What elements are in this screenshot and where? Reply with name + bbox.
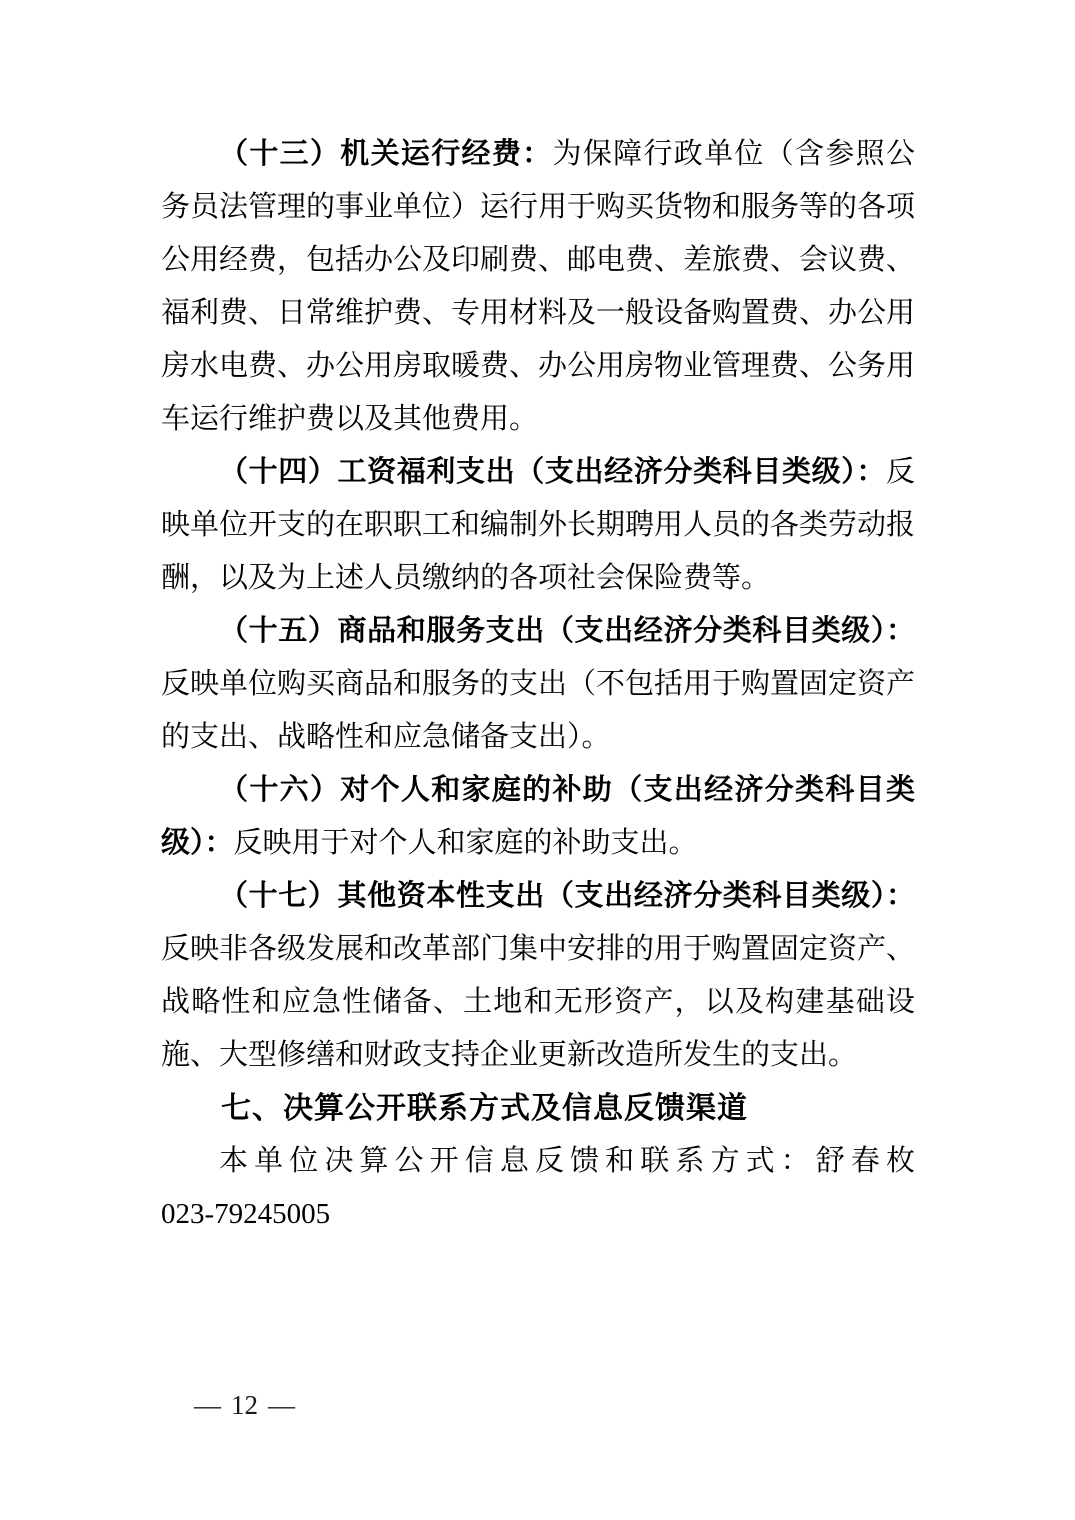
document-page: （十三）机关运行经费：为保障行政单位（含参照公务员法管理的事业单位）运行用于购买… bbox=[0, 0, 1075, 1520]
paragraph-item-15: （十五）商品和服务支出（支出经济分类科目类级）：反映单位购买商品和服务的支出（不… bbox=[161, 605, 915, 764]
page-number: —12— bbox=[184, 1388, 305, 1422]
document-body: （十三）机关运行经费：为保障行政单位（含参照公务员法管理的事业单位）运行用于购买… bbox=[161, 128, 915, 1241]
paragraph-17-body: 反映非各级发展和改革部门集中安排的用于购置固定资产、战略性和应急性储备、土地和无… bbox=[161, 933, 915, 1071]
paragraph-13-body: 为保障行政单位（含参照公务员法管理的事业单位）运行用于购买货物和服务等的各项公用… bbox=[161, 138, 915, 435]
paragraph-17-lead: （十七）其他资本性支出（支出经济分类科目类级）： bbox=[219, 880, 915, 912]
footer-left-dash: — bbox=[194, 1388, 221, 1422]
contact-phone: 023-79245005 bbox=[161, 1188, 915, 1241]
paragraph-13-lead: （十三）机关运行经费： bbox=[219, 138, 553, 170]
page-number-value: 12 bbox=[231, 1390, 258, 1420]
paragraph-item-16: （十六）对个人和家庭的补助（支出经济分类科目类级）：反映用于对个人和家庭的补助支… bbox=[161, 764, 915, 870]
paragraph-14-lead: （十四）工资福利支出（支出经济分类科目类级）： bbox=[219, 456, 886, 488]
contact-info-line: 本单位决算公开信息反馈和联系方式：舒春枚 bbox=[161, 1135, 915, 1188]
section-heading-7: 七、决算公开联系方式及信息反馈渠道 bbox=[161, 1082, 915, 1135]
paragraph-15-body: 反映单位购买商品和服务的支出（不包括用于购置固定资产的支出、战略性和应急储备支出… bbox=[161, 668, 915, 753]
paragraph-15-lead: （十五）商品和服务支出（支出经济分类科目类级）： bbox=[219, 615, 915, 647]
paragraph-item-17: （十七）其他资本性支出（支出经济分类科目类级）：反映非各级发展和改革部门集中安排… bbox=[161, 870, 915, 1082]
footer-right-dash: — bbox=[268, 1388, 295, 1422]
paragraph-16-body: 反映用于对个人和家庭的补助支出。 bbox=[234, 827, 698, 859]
paragraph-item-13: （十三）机关运行经费：为保障行政单位（含参照公务员法管理的事业单位）运行用于购买… bbox=[161, 128, 915, 446]
paragraph-item-14: （十四）工资福利支出（支出经济分类科目类级）：反映单位开支的在职职工和编制外长期… bbox=[161, 446, 915, 605]
